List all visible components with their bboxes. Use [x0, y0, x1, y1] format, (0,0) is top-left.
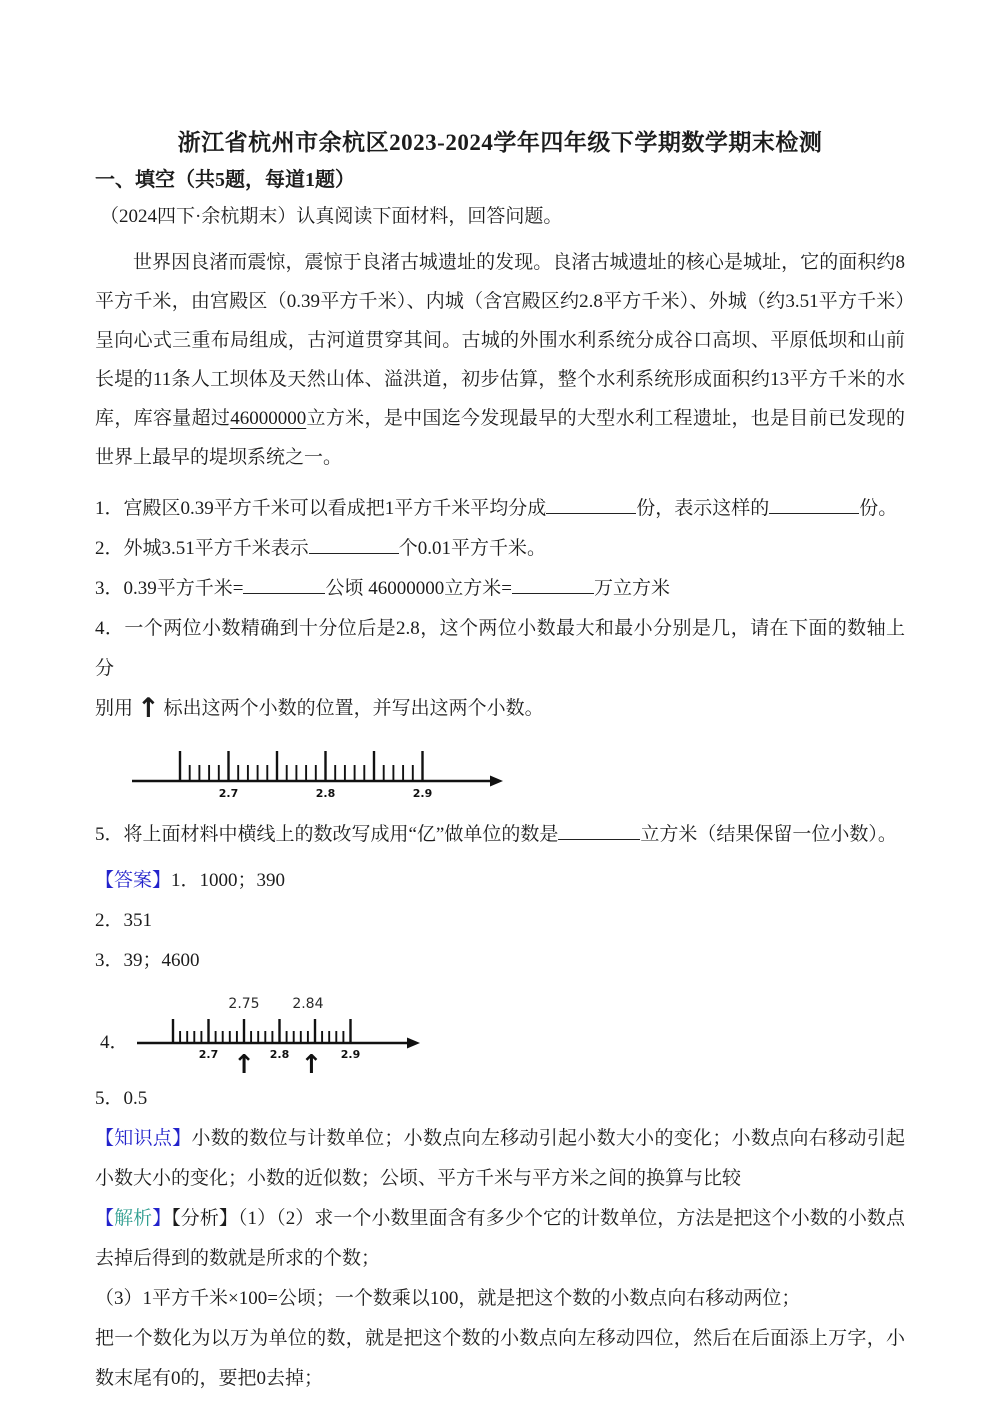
- analysis-line-1: 【解析】【分析】（1）（2）求一个小数里面含有多少个它的计数单位，方法是把这个小…: [95, 1199, 905, 1279]
- answers-section: 【答案】1．1000；390 2．351 3．39；4600 4． 2.72.8…: [95, 861, 905, 1119]
- question-4-line1: 4．一个两位小数精确到十分位后是2.8，这个两位小数最大和最小分别是几，请在下面…: [95, 609, 905, 689]
- answer-2-line: 2．351: [95, 901, 905, 941]
- point-label: 2.84: [292, 996, 323, 1012]
- answer-label: 【答案】: [95, 870, 171, 891]
- marker-up-arrow-icon: ↑: [233, 1050, 255, 1077]
- axis-arrowhead-icon: [490, 776, 503, 787]
- question-1: 1．宫殿区0.39平方千米可以看成把1平方千米平均分成份，表示这样的份。: [95, 489, 905, 529]
- question-4-line2: 别用↑标出这两个小数的位置，并写出这两个小数。: [95, 689, 905, 729]
- analysis-bracket-close: 】: [152, 1208, 171, 1229]
- knowledge-points-line: 【知识点】小数的数位与计数单位；小数点向左移动引起小数大小的变化；小数点向右移动…: [95, 1119, 905, 1199]
- axis-arrowhead-icon: [407, 1038, 420, 1049]
- answer-1-value: 1．1000；390: [171, 870, 285, 891]
- tick-label: 2.8: [316, 787, 336, 800]
- answer-blank: [558, 821, 640, 840]
- answer-1-line: 【答案】1．1000；390: [95, 861, 905, 901]
- marker-up-arrow-icon: ↑: [300, 1050, 322, 1077]
- question-4-text-post: 标出这两个小数的位置，并写出这两个小数。: [164, 698, 544, 719]
- knowledge-points-section: 【知识点】小数的数位与计数单位；小数点向左移动引起小数大小的变化；小数点向右移动…: [95, 1119, 905, 1199]
- answer-blank: [512, 575, 594, 594]
- question-1-text-post: 份。: [859, 498, 897, 519]
- question-1-text: 1．宫殿区0.39平方千米可以看成把1平方千米平均分成: [95, 498, 546, 519]
- question-1-text-mid: 份，表示这样的: [636, 498, 769, 519]
- answer-3-line: 3．39；4600: [95, 941, 905, 981]
- analysis-line-2: （3）1平方千米×100=公顷；一个数乘以100，就是把这个数的小数点向右移动两…: [95, 1279, 905, 1319]
- tick-label: 2.9: [340, 1048, 360, 1061]
- tick-label: 2.8: [269, 1048, 289, 1061]
- answer-4-label: 4．: [100, 991, 129, 1063]
- analysis-line-3: 把一个数化为以万为单位的数，就是把这个数的小数点向左移动四位，然后在后面添上万字…: [95, 1319, 905, 1399]
- answer-4-line: 4． 2.72.82.92.752.84↑↑: [100, 991, 905, 1077]
- point-label: 2.75: [228, 996, 259, 1012]
- answer-number-line-axis: 2.72.82.92.752.84↑↑: [135, 991, 435, 1077]
- question-3-text: 3．0.39平方千米=: [95, 578, 243, 599]
- question-4-text: 别用: [95, 698, 133, 719]
- up-arrow-icon: ↑: [133, 693, 164, 724]
- tick-label: 2.7: [198, 1048, 218, 1061]
- analysis-sub-label: 【分析】: [171, 1208, 238, 1229]
- question-source-line: （2024四下·余杭期末）认真阅读下面材料，回答问题。: [100, 203, 905, 231]
- question-5-text: 5．将上面材料中横线上的数改写成用“亿”做单位的数是: [95, 824, 558, 845]
- section-heading: 一、填空（共5题，每道1题）: [95, 166, 905, 194]
- question-3-text-post: 万立方米: [594, 578, 670, 599]
- answer-blank: [309, 535, 399, 554]
- answer-blank: [769, 495, 859, 514]
- analysis-section: 【解析】【分析】（1）（2）求一个小数里面含有多少个它的计数单位，方法是把这个小…: [95, 1199, 905, 1399]
- question-number-line: 2.72.82.9: [130, 741, 905, 807]
- page-title: 浙江省杭州市余杭区2023-2024学年四年级下学期数学期末检测: [95, 128, 905, 158]
- analysis-bracket-open: 【: [95, 1208, 114, 1229]
- number-line-axis: 2.72.82.9: [130, 741, 510, 801]
- answer-blank: [243, 575, 325, 594]
- reading-material-paragraph: 世界因良渚而震惊，震惊于良渚古城遗址的发现。良渚古城遗址的核心是城址，它的面积约…: [95, 243, 905, 477]
- question-2-text: 2．外城3.51平方千米表示: [95, 538, 309, 559]
- exam-document-page: 浙江省杭州市余杭区2023-2024学年四年级下学期数学期末检测 一、填空（共5…: [0, 0, 1000, 1414]
- answer-blank: [546, 495, 636, 514]
- material-text-part1: 世界因良渚而震惊，震惊于良渚古城遗址的发现。良渚古城遗址的核心是城址，它的面积约…: [95, 252, 905, 429]
- question-3-text-mid: 公顷 46000000立方米=: [325, 578, 511, 599]
- knowledge-points-text: 小数的数位与计数单位；小数点向左移动引起小数大小的变化；小数点向右移动引起小数大…: [95, 1128, 905, 1189]
- answer-5-line: 5．0.5: [95, 1079, 905, 1119]
- analysis-label: 解析: [114, 1208, 152, 1229]
- tick-label: 2.7: [219, 787, 239, 800]
- tick-label: 2.9: [413, 787, 433, 800]
- question-3: 3．0.39平方千米=公顷 46000000立方米=万立方米: [95, 569, 905, 609]
- question-5: 5．将上面材料中横线上的数改写成用“亿”做单位的数是立方米（结果保留一位小数）。: [95, 815, 905, 855]
- knowledge-points-label: 【知识点】: [95, 1128, 191, 1149]
- underlined-number: 46000000: [230, 408, 306, 429]
- spacer: [95, 477, 905, 489]
- question-2: 2．外城3.51平方千米表示个0.01平方千米。: [95, 529, 905, 569]
- question-2-text-post: 个0.01平方千米。: [399, 538, 546, 559]
- question-5-text-post: 立方米（结果保留一位小数）。: [640, 824, 897, 845]
